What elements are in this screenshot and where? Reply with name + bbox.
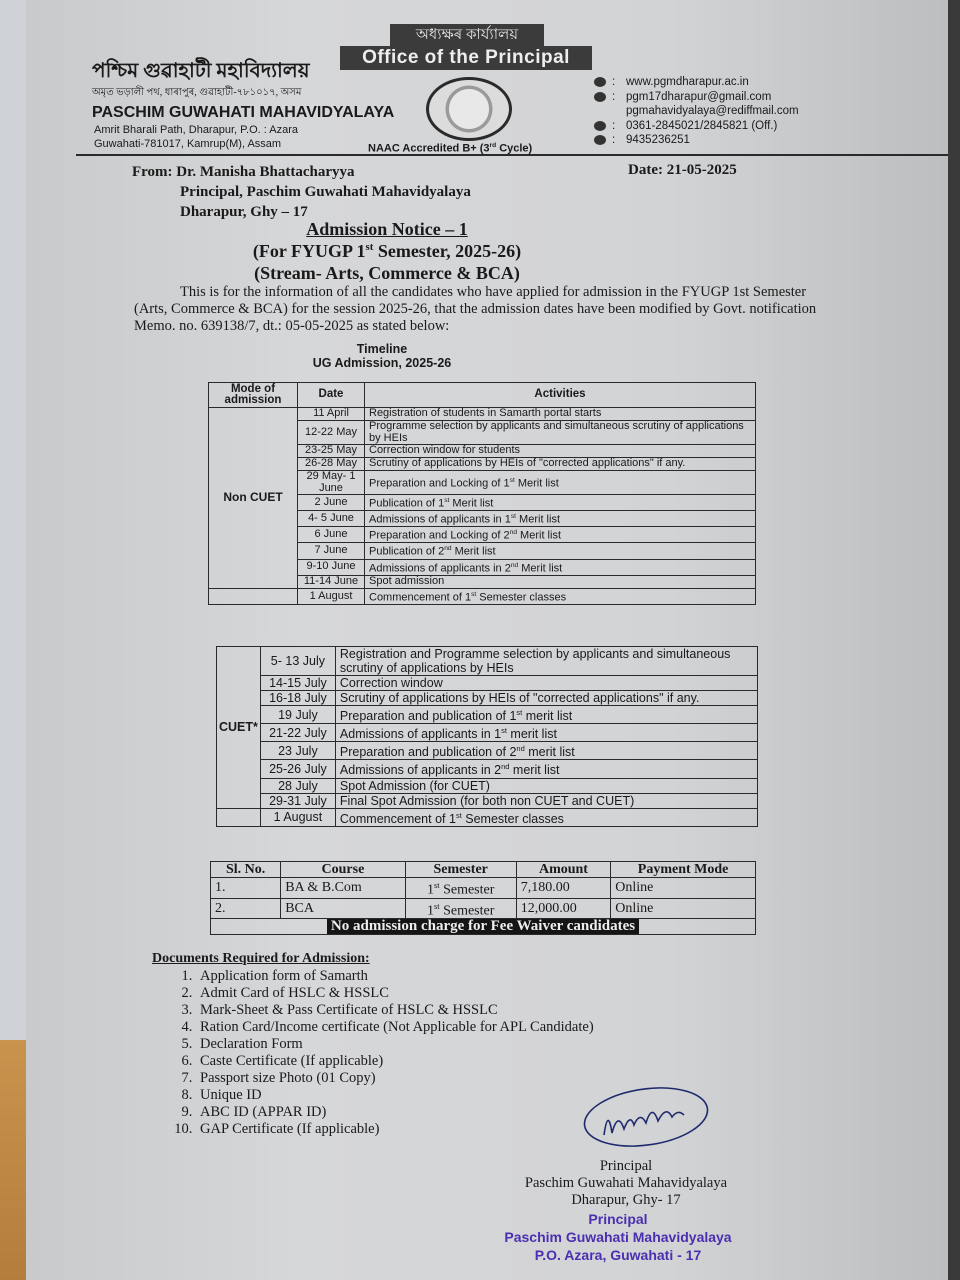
table-row: 21-22 JulyAdmissions of applicants in 1s… — [217, 724, 758, 742]
course-cell: BCA — [281, 898, 405, 919]
activity-cell: Preparation and publication of 2nd merit… — [335, 742, 757, 760]
sl-cell: 1. — [211, 878, 281, 899]
activity-cell: Scrutiny of applications by HEIs of "cor… — [335, 691, 757, 706]
timeline-subtitle: UG Admission, 2025-26 — [0, 356, 843, 370]
activity-cell: Preparation and publication of 1st merit… — [335, 706, 757, 724]
activity-cell: Preparation and Locking of 2nd Merit lis… — [365, 527, 756, 543]
table-row: 1.BA & B.Com1st Semester7,180.00Online — [211, 878, 756, 899]
activity-cell: Publication of 2nd Merit list — [365, 543, 756, 559]
contact-info: :www.pgmdharapur.ac.in :pgm17dharapur@gm… — [594, 75, 799, 148]
payment-mode-cell: Online — [611, 898, 756, 919]
date-cell: 23 July — [260, 742, 335, 760]
date-cell: 5- 13 July — [260, 647, 335, 676]
table-row: 23 JulyPreparation and publication of 2n… — [217, 742, 758, 760]
date-cell: 16-18 July — [260, 691, 335, 706]
table-row: 19 JulyPreparation and publication of 1s… — [217, 706, 758, 724]
amount-cell: 12,000.00 — [516, 898, 610, 919]
activity-cell: Correction window for students — [365, 445, 756, 458]
principal-signature — [574, 1085, 714, 1155]
notice-intro: This is for the information of all the c… — [134, 284, 824, 335]
college-address-line1: Amrit Bharali Path, Dharapur, P.O. : Aza… — [94, 124, 298, 136]
office-title: Office of the Principal — [340, 46, 592, 70]
date-cell: 6 June — [298, 527, 365, 543]
date-cell: 12-22 May — [298, 421, 365, 445]
document-item: Unique ID — [196, 1087, 594, 1104]
contact-email-alt: pgmahavidyalaya@rediffmail.com — [594, 104, 799, 119]
sender-name: From: Dr. Manisha Bhattacharyya — [132, 164, 355, 180]
date-cell: 11-14 June — [298, 575, 365, 588]
documents-list: Application form of SamarthAdmit Card of… — [166, 968, 594, 1138]
empty-cell — [209, 588, 298, 604]
activity-cell: Publication of 1st Merit list — [365, 495, 756, 511]
email-link-alt[interactable]: pgmahavidyalaya@rediffmail.com — [626, 104, 799, 119]
timeline-title: Timeline — [0, 342, 843, 356]
website-link[interactable]: www.pgmdharapur.ac.in — [626, 75, 749, 90]
date-cell: 4- 5 June — [298, 511, 365, 527]
table-row: 1 AugustCommencement of 1st Semester cla… — [217, 808, 758, 826]
activity-cell: Programme selection by applicants and si… — [365, 421, 756, 445]
document-item: GAP Certificate (If applicable) — [196, 1121, 594, 1138]
notice-date: Date: 21-05-2025 — [628, 162, 737, 179]
date-cell: 1 August — [260, 808, 335, 826]
column-header-payment-mode: Payment Mode — [611, 862, 756, 878]
signatory-title: Principal — [506, 1158, 746, 1175]
email-icon — [594, 92, 606, 102]
table-row: 2.BCA1st Semester12,000.00Online — [211, 898, 756, 919]
activity-cell: Commencement of 1st Semester classes — [365, 588, 756, 604]
date-cell: 11 April — [298, 408, 365, 421]
globe-icon — [594, 77, 606, 87]
activity-cell: Final Spot Admission (for both non CUET … — [335, 793, 757, 808]
activity-cell: Scrutiny of applications by HEIs of "cor… — [365, 458, 756, 471]
contact-website: :www.pgmdharapur.ac.in — [594, 75, 799, 90]
table-row: 28 JulySpot Admission (for CUET) — [217, 778, 758, 793]
activity-cell: Admissions of applicants in 1st Merit li… — [365, 511, 756, 527]
cuet-timeline-table: CUET*5- 13 JulyRegistration and Programm… — [216, 646, 758, 827]
column-header-course: Course — [281, 862, 405, 878]
table-row: 16-18 JulyScrutiny of applications by HE… — [217, 691, 758, 706]
document-item: Caste Certificate (If applicable) — [196, 1053, 594, 1070]
column-header-activities: Activities — [365, 383, 756, 408]
email-link[interactable]: pgm17dharapur@gmail.com — [626, 90, 771, 105]
phone-icon — [594, 121, 606, 131]
amount-cell: 7,180.00 — [516, 878, 610, 899]
notice-document: অধ্যক্ষৰ কাৰ্য্যালয় Office of the Princ… — [26, 0, 948, 1280]
table-row: CUET*5- 13 JulyRegistration and Programm… — [217, 647, 758, 676]
office-banner: অধ্যক্ষৰ কাৰ্য্যালয় Office of the Princ… — [340, 24, 592, 70]
document-item: Admit Card of HSLC & HSSLC — [196, 985, 594, 1002]
column-header-semester: Semester — [405, 862, 516, 878]
non-cuet-timeline-table: Mode of admission Date Activities Non CU… — [208, 382, 756, 605]
date-cell: 1 August — [298, 588, 365, 604]
activity-cell: Spot Admission (for CUET) — [335, 778, 757, 793]
date-cell: 7 June — [298, 543, 365, 559]
document-item: Ration Card/Income certificate (Not Appl… — [196, 1019, 594, 1036]
date-cell: 29-31 July — [260, 793, 335, 808]
college-address-line2: Guwahati-781017, Kamrup(M), Assam — [94, 138, 281, 150]
activity-cell: Registration and Programme selection by … — [335, 647, 757, 676]
contact-email: :pgm17dharapur@gmail.com — [594, 90, 799, 105]
admission-mode: CUET* — [217, 647, 261, 809]
date-cell: 2 June — [298, 495, 365, 511]
activity-cell: Correction window — [335, 676, 757, 691]
official-stamp: Principal Paschim Guwahati Mahavidyalaya… — [498, 1210, 738, 1264]
fee-waiver-note-cell: No admission charge for Fee Waiver candi… — [211, 919, 756, 935]
date-cell: 21-22 July — [260, 724, 335, 742]
admission-mode: Non CUET — [209, 408, 298, 589]
office-title-bengali: অধ্যক্ষৰ কাৰ্য্যালয় — [390, 24, 544, 46]
column-header-mode: Mode of admission — [209, 383, 298, 408]
fee-waiver-note: No admission charge for Fee Waiver candi… — [327, 919, 639, 934]
documents-heading: Documents Required for Admission: — [152, 951, 370, 967]
signatory-place: Dharapur, Ghy- 17 — [506, 1192, 746, 1209]
activity-cell: Admissions of applicants in 1st merit li… — [335, 724, 757, 742]
date-cell: 25-26 July — [260, 760, 335, 778]
stamp-line1: Principal — [498, 1210, 738, 1228]
college-name: PASCHIM GUWAHATI MAHAVIDYALAYA — [92, 104, 394, 122]
column-header-amount: Amount — [516, 862, 610, 878]
fee-table: Sl. No. Course Semester Amount Payment M… — [210, 861, 756, 935]
table-row: 1 AugustCommencement of 1st Semester cla… — [209, 588, 756, 604]
column-header-date: Date — [298, 383, 365, 408]
letterhead-divider — [76, 154, 948, 156]
contact-phone: :0361-2845021/2845821 (Off.) — [594, 119, 799, 134]
notice-subtitle: (For FYUGP 1st Semester, 2025-26) — [0, 241, 848, 262]
activity-cell: Spot admission — [365, 575, 756, 588]
document-item: Passport size Photo (01 Copy) — [196, 1070, 594, 1087]
table-row: 14-15 JulyCorrection window — [217, 676, 758, 691]
notice-stream: (Stream- Arts, Commerce & BCA) — [0, 263, 848, 284]
phone-number: 0361-2845021/2845821 (Off.) — [626, 119, 777, 134]
course-cell: BA & B.Com — [281, 878, 405, 899]
table-row: 25-26 JulyAdmissions of applicants in 2n… — [217, 760, 758, 778]
activity-cell: Preparation and Locking of 1st Merit lis… — [365, 471, 756, 495]
date-cell: 28 July — [260, 778, 335, 793]
activity-cell: Admissions of applicants in 2nd Merit li… — [365, 559, 756, 575]
date-cell: 26-28 May — [298, 458, 365, 471]
date-cell: 9-10 June — [298, 559, 365, 575]
sender-block: From: Dr. Manisha Bhattacharyya Principa… — [132, 162, 471, 222]
stamp-line3: P.O. Azara, Guwahati - 17 — [498, 1246, 738, 1264]
mobile-icon — [594, 135, 606, 145]
document-item: Declaration Form — [196, 1036, 594, 1053]
activity-cell: Registration of students in Samarth port… — [365, 408, 756, 421]
semester-cell: 1st Semester — [405, 878, 516, 899]
contact-mobile: :9435236251 — [594, 133, 799, 148]
college-address-bengali: অমৃত ভড়ালী পথ, ধাৰাপুৰ, গুৱাহাটী-৭৮১০১৭… — [92, 85, 301, 102]
date-cell: 23-25 May — [298, 445, 365, 458]
table-row: Non CUET11 AprilRegistration of students… — [209, 408, 756, 421]
date-cell: 19 July — [260, 706, 335, 724]
mobile-number: 9435236251 — [626, 133, 690, 148]
document-item: Application form of Samarth — [196, 968, 594, 985]
activity-cell: Commencement of 1st Semester classes — [335, 808, 757, 826]
semester-cell: 1st Semester — [405, 898, 516, 919]
notice-title: Admission Notice – 1 — [0, 219, 848, 240]
signatory-college: Paschim Guwahati Mahavidyalaya — [506, 1175, 746, 1192]
college-seal-logo — [426, 77, 512, 141]
document-item: ABC ID (APPAR ID) — [196, 1104, 594, 1121]
activity-cell: Admissions of applicants in 2nd merit li… — [335, 760, 757, 778]
stamp-line2: Paschim Guwahati Mahavidyalaya — [498, 1228, 738, 1246]
column-header-sl: Sl. No. — [211, 862, 281, 878]
naac-accreditation: NAAC Accredited B+ (3rd Cycle) — [368, 142, 532, 155]
document-item: Mark-Sheet & Pass Certificate of HSLC & … — [196, 1002, 594, 1019]
date-cell: 14-15 July — [260, 676, 335, 691]
payment-mode-cell: Online — [611, 878, 756, 899]
sl-cell: 2. — [211, 898, 281, 919]
sender-title: Principal, Paschim Guwahati Mahavidyalay… — [132, 182, 471, 202]
table-row: 29-31 JulyFinal Spot Admission (for both… — [217, 793, 758, 808]
signatory-block: Principal Paschim Guwahati Mahavidyalaya… — [506, 1158, 746, 1209]
date-cell: 29 May- 1 June — [298, 471, 365, 495]
empty-cell — [217, 808, 261, 826]
